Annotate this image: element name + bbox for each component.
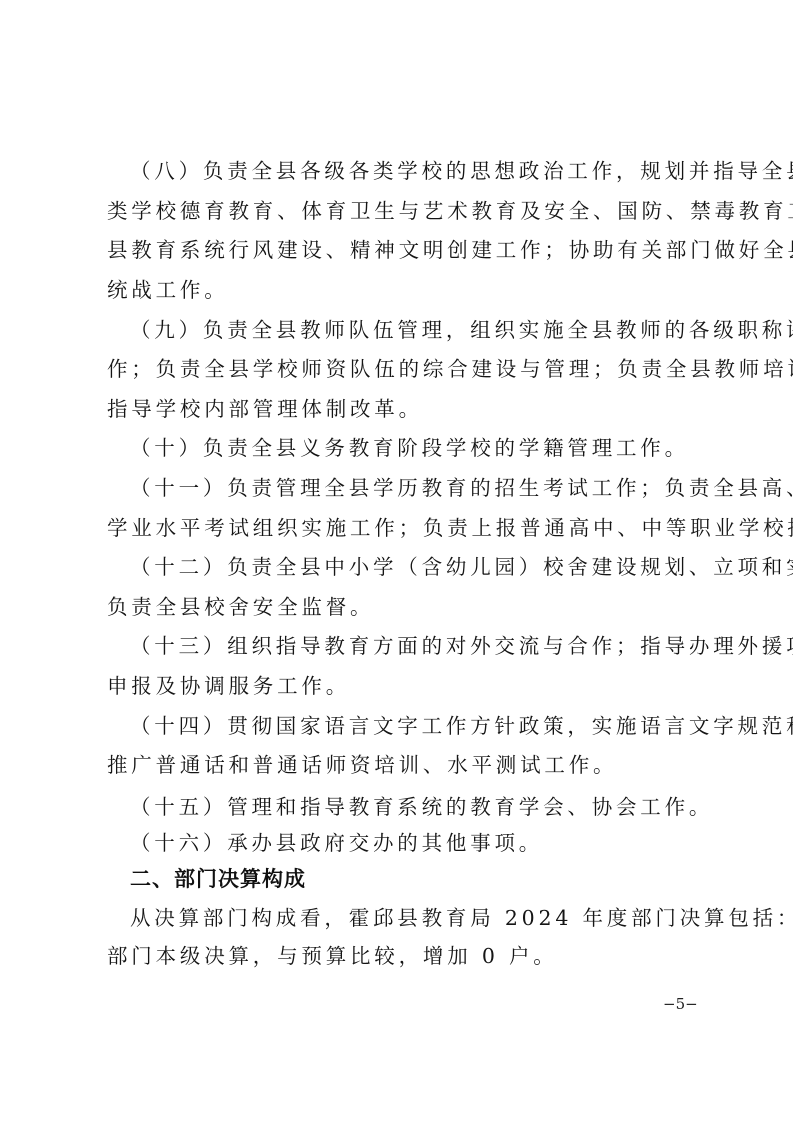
paragraph-item-11-line-1: （十一）负责管理全县学历教育的招生考试工作；负责全县高、中考、 — [130, 476, 720, 500]
paragraph-item-9-line-2: 作；负责全县学校师资队伍的综合建设与管理；负责全县教师培训工作； — [107, 357, 697, 381]
document-page: （八）负责全县各级各类学校的思想政治工作，规划并指导全县各级各 类学校德育教育、… — [0, 0, 793, 1122]
paragraph-item-8-line-3: 县教育系统行风建设、精神文明创建工作；协助有关部门做好全县教育系统的 — [107, 238, 697, 262]
section-heading: 二、部门决算构成 — [130, 867, 306, 891]
paragraph-item-12-line-1: （十二）负责全县中小学（含幼儿园）校舍建设规划、立项和实施； — [130, 555, 720, 579]
paragraph-item-14-line-2: 推广普通话和普通话师资培训、水平测试工作。 — [107, 753, 697, 777]
paragraph-item-8-line-4: 统战工作。 — [107, 278, 697, 302]
paragraph-item-14-line-1: （十四）贯彻国家语言文字工作方针政策，实施语言文字规范和标准； — [130, 714, 720, 738]
paragraph-item-9-line-1: （九）负责全县教师队伍管理，组织实施全县教师的各级职称评定工 — [130, 318, 720, 342]
paragraph-item-9-line-3: 指导学校内部管理体制改革。 — [107, 397, 697, 421]
page-number: −5− — [663, 995, 698, 1013]
composition-line-2: 部门本级决算，与预算比较，增加 0 户。 — [107, 944, 697, 968]
paragraph-item-15-line-1: （十五）管理和指导教育系统的教育学会、协会工作。 — [130, 795, 720, 819]
paragraph-item-12-line-2: 负责全县校舍安全监督。 — [107, 595, 697, 619]
paragraph-item-8-line-1: （八）负责全县各级各类学校的思想政治工作，规划并指导全县各级各 — [130, 159, 720, 183]
paragraph-item-11-line-2: 学业水平考试组织实施工作；负责上报普通高中、中等职业学校招生计划。 — [107, 516, 697, 540]
paragraph-item-8-line-2: 类学校德育教育、体育卫生与艺术教育及安全、国防、禁毒教育工作；指导全 — [107, 199, 697, 223]
paragraph-item-13-line-2: 申报及协调服务工作。 — [107, 674, 697, 698]
paragraph-item-13-line-1: （十三）组织指导教育方面的对外交流与合作；指导办理外援项目的 — [130, 634, 720, 658]
paragraph-item-10-line-1: （十）负责全县义务教育阶段学校的学籍管理工作。 — [130, 436, 720, 460]
paragraph-item-16-line-1: （十六）承办县政府交办的其他事项。 — [130, 831, 720, 855]
composition-line-1: 从决算部门构成看，霍邱县教育局 2024 年度部门决算包括： — [130, 906, 720, 930]
